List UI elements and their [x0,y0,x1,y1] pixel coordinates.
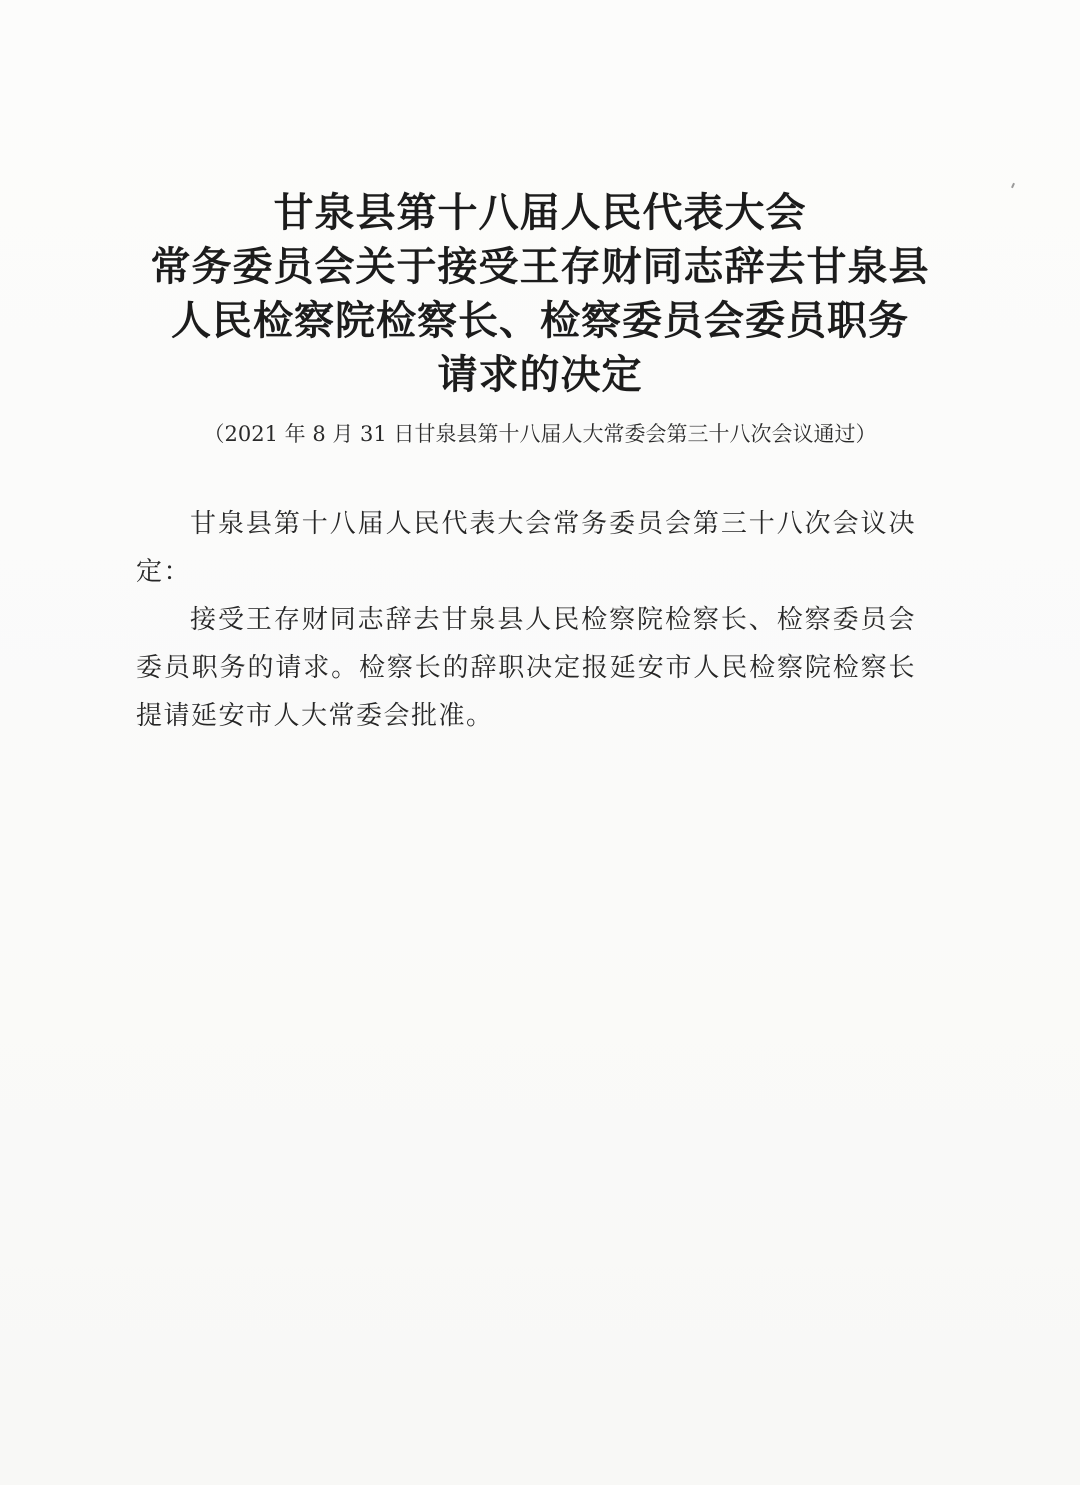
body-paragraph-2: 接受王存财同志辞去甘泉县人民检察院检察长、检察委员会委员职务的请求。检察长的辞职… [136,596,916,740]
title-line-4: 请求的决定 [0,348,1080,402]
title-line-3: 人民检察院检察长、检察委员会委员职务 [0,294,1080,348]
document-body: 甘泉县第十八届人民代表大会常务委员会第三十八次会议决定： 接受王存财同志辞去甘泉… [136,500,916,740]
document-subtitle: （2021 年 8 月 31 日甘泉县第十八届人大常委会第三十八次会议通过） [0,418,1080,450]
document-title: 甘泉县第十八届人民代表大会 常务委员会关于接受王存财同志辞去甘泉县 人民检察院检… [0,186,1080,402]
title-line-1: 甘泉县第十八届人民代表大会 [0,186,1080,240]
document-page: 甘泉县第十八届人民代表大会 常务委员会关于接受王存财同志辞去甘泉县 人民检察院检… [0,0,1080,1485]
title-line-2: 常务委员会关于接受王存财同志辞去甘泉县 [0,240,1080,294]
body-paragraph-1: 甘泉县第十八届人民代表大会常务委员会第三十八次会议决定： [136,500,916,596]
